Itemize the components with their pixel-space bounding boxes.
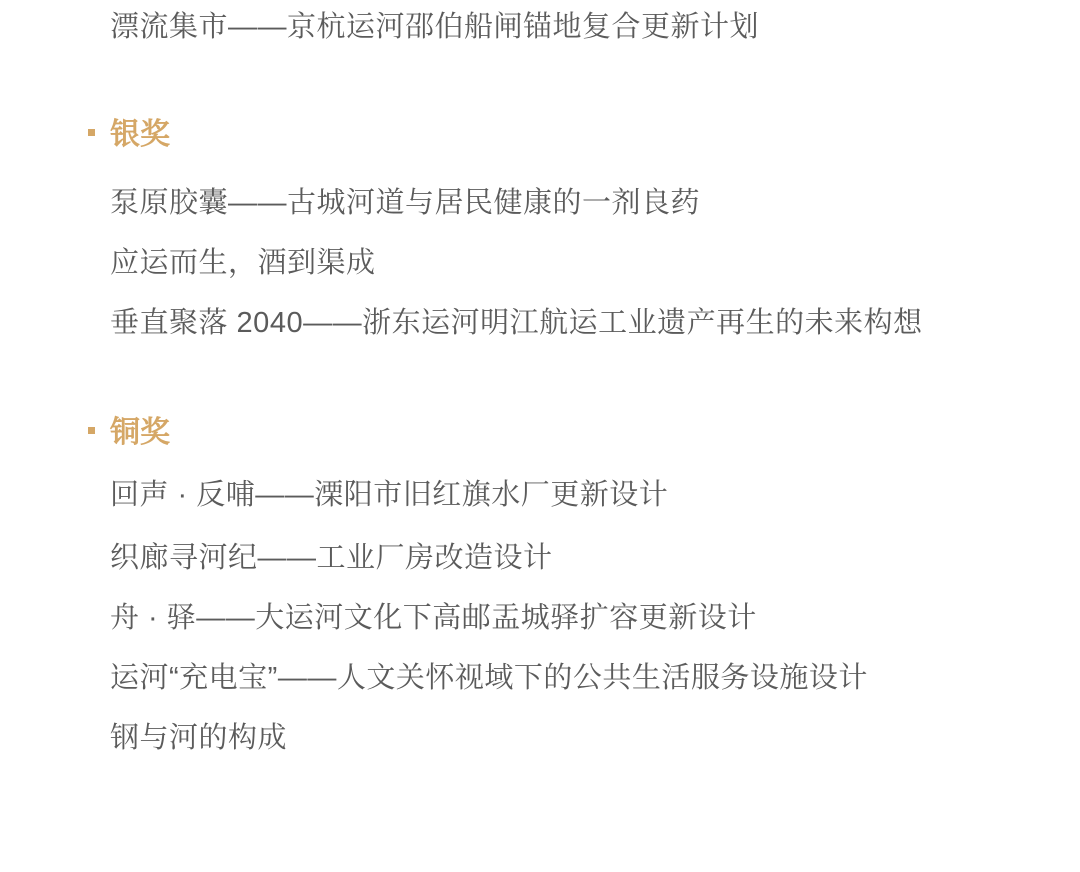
bullet-square-icon [88,427,95,434]
award-project-item: 应运而生，酒到渠成 [110,244,376,282]
award-project-item: 漂流集市——京杭运河邵伯船闸锚地复合更新计划 [110,8,759,46]
award-project-item: 垂直聚落 2040——浙东运河明江航运工业遗产再生的未来构想 [110,304,923,342]
award-project-item: 泵原胶囊——古城河道与居民健康的一剂良药 [110,184,700,222]
award-project-item: 织廊寻河纪——工业厂房改造设计 [110,539,553,577]
award-project-item: 运河“充电宝”——人文关怀视域下的公共生活服务设施设计 [110,659,868,697]
award-project-item: 钢与河的构成 [110,719,287,757]
article-page: 漂流集市——京杭运河邵伯船闸锚地复合更新计划 银奖 泵原胶囊——古城河道与居民健… [0,0,1080,872]
bronze-award-heading: 铜奖 [110,414,170,452]
award-project-item: 舟 · 驿——大运河文化下高邮盂城驿扩容更新设计 [110,599,757,637]
award-project-item: 回声 · 反哺——溧阳市旧红旗水厂更新设计 [110,476,668,514]
bullet-square-icon [88,129,95,136]
silver-award-heading: 银奖 [110,116,170,154]
